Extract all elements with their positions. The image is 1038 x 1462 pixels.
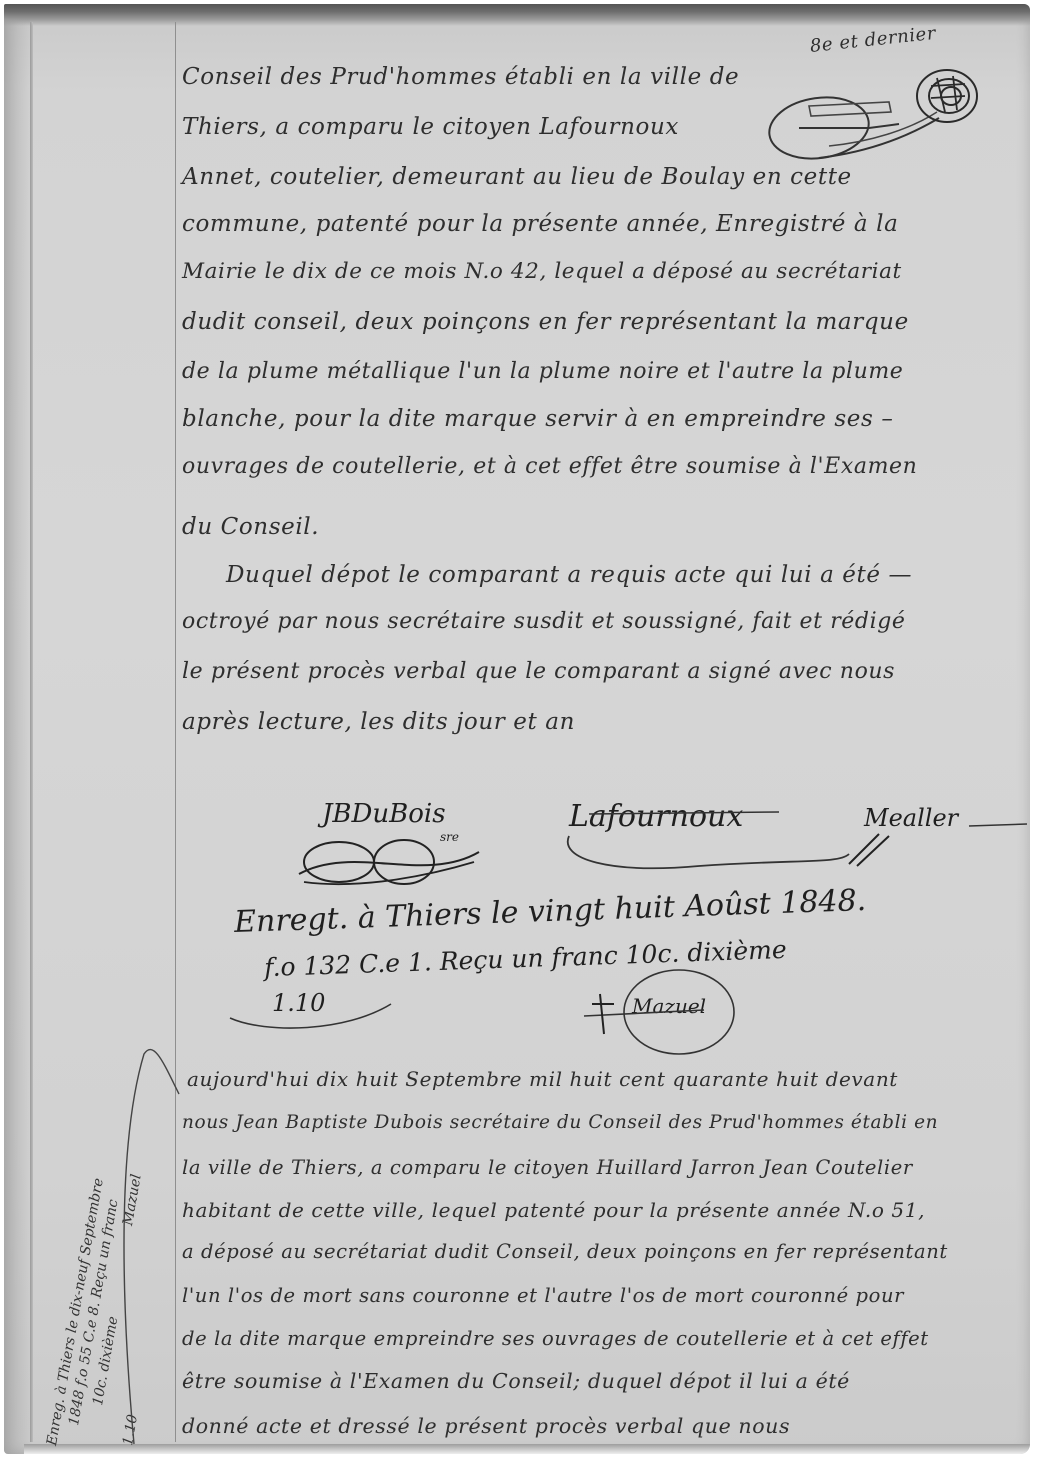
- entry1-line: dudit conseil, deux poinçons en fer repr…: [182, 309, 909, 335]
- entry2-line: aujourd'hui dix huit Septembre mil huit …: [187, 1067, 898, 1091]
- entry1-line: Mairie le dix de ce mois N.o 42, lequel …: [182, 259, 902, 284]
- entry2-line: de la dite marque empreindre ses ouvrage…: [182, 1327, 929, 1350]
- signature-secretary: JBDuBois: [322, 799, 446, 829]
- secretary-paraph-flourish-icon: [294, 834, 484, 894]
- entry1-closing-line: octroyé par nous secrétaire susdit et so…: [182, 609, 906, 634]
- comparant-underline-flourish-icon: [549, 804, 1029, 884]
- entry2-line: habitant de cette ville, lequel patenté …: [182, 1198, 925, 1222]
- entry2-line: nous Jean Baptiste Dubois secrétaire du …: [182, 1112, 938, 1133]
- entry1-line: ouvrages de coutellerie, et à cet effet …: [182, 454, 917, 479]
- amount-underline-flourish-icon: [226, 994, 396, 1034]
- entry1-closing-line: après lecture, les dits jour et an: [182, 709, 575, 735]
- receiver-paraph-flourish-icon: [564, 964, 784, 1064]
- pen-nib-mark-icon: [759, 66, 989, 176]
- entry1-line: Annet, coutelier, demeurant au lieu de B…: [182, 164, 852, 190]
- entry1-line: blanche, pour la dite marque servir à en…: [182, 406, 893, 432]
- manuscript-page: 8e et dernier Conseil des Prud'hommes ét…: [4, 4, 1030, 1454]
- entry1-line: Thiers, a comparu le citoyen Lafournoux: [182, 114, 679, 140]
- entry2-line: être soumise à l'Examen du Conseil; duqu…: [182, 1369, 850, 1393]
- binding-fold: [30, 22, 33, 1442]
- binding-shadow: [4, 4, 32, 1454]
- entry2-line: donné acte et dressé le présent procès v…: [182, 1414, 790, 1438]
- entry1-line: de la plume métallique l'un la plume noi…: [182, 359, 903, 384]
- header-annotation: 8e et dernier: [809, 23, 937, 57]
- entry1-closing-line: le présent procès verbal que le comparan…: [182, 659, 895, 684]
- entry2-line: a déposé au secrétariat dudit Conseil, d…: [182, 1240, 948, 1263]
- entry1-line: Conseil des Prud'hommes établi en la vil…: [182, 64, 739, 90]
- entry1-line: du Conseil.: [182, 514, 319, 540]
- entry2-line: la ville de Thiers, a comparu le citoyen…: [182, 1156, 913, 1179]
- entry2-line: l'un l'os de mort sans couronne et l'aut…: [182, 1284, 904, 1307]
- entry1-line: commune, patenté pour la présente année,…: [182, 211, 898, 237]
- margin-note-bracket-flourish-icon: [104, 1034, 184, 1454]
- entry1-closing-line: Duquel dépot le comparant a requis acte …: [226, 562, 912, 588]
- page-top-edge: [4, 4, 1030, 26]
